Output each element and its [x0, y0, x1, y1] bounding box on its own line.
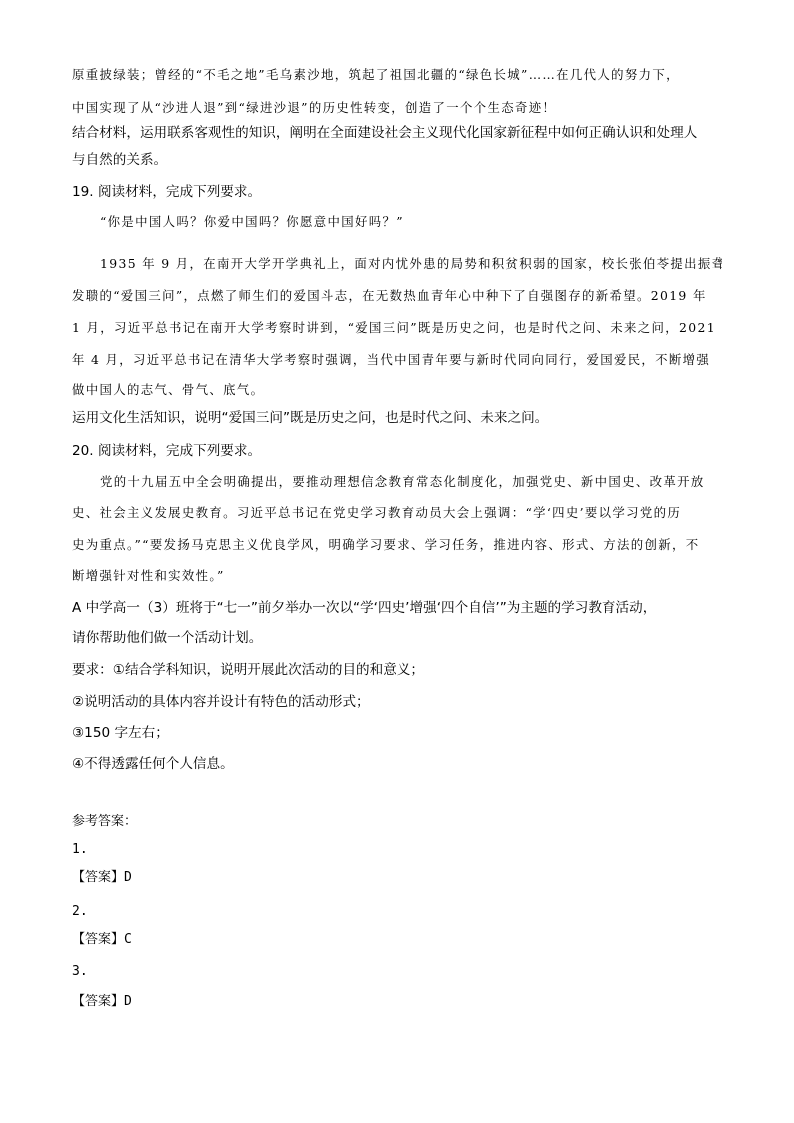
quote-text: “你是中国人吗？你爱中国吗？你愿意中国好吗？”: [100, 212, 750, 232]
answer-number: 1.: [72, 840, 722, 860]
requirement-item: ③150 字左右；: [72, 723, 722, 743]
question-text: 运用文化生活知识，说明“爱国三问”既是历史之问，也是时代之问、未来之问。: [72, 408, 722, 428]
material-line: 1 月，习近平总书记在南开大学考察时讲到，“爱国三问”既是历史之问，也是时代之问…: [72, 318, 722, 338]
requirement-item: ④不得透露任何个人信息。: [72, 754, 722, 774]
answer-number: 3.: [72, 962, 722, 982]
requirement-item: ②说明活动的具体内容并设计有特色的活动形式；: [72, 692, 722, 712]
material-line: 中国实现了从“沙进人退”到“绿进沙退”的历史性转变，创造了一个个生态奇迹！: [72, 98, 722, 118]
material-line: 做中国人的志气、骨气、底气。: [72, 380, 722, 400]
answer-value: 【答案】C: [72, 930, 722, 950]
question-19-title: 19. 阅读材料，完成下列要求。: [72, 182, 722, 202]
material-line: 党的十九届五中全会明确提出，要推动理想信念教育常态化制度化，加强党史、新中国史、…: [100, 472, 722, 492]
question-text: 结合材料，运用联系客观性的知识，阐明在全面建设社会主义现代化国家新征程中如何正确…: [72, 123, 722, 143]
material-line: 年 4 月，习近平总书记在清华大学考察时强调，当代中国青年要与新时代同向同行，爱…: [72, 350, 722, 370]
answer-value: 【答案】D: [72, 992, 722, 1012]
material-line: 断增强针对性和实效性。”: [72, 566, 722, 586]
question-text: A 中学高一（3）班将于“七一”前夕举办一次以“学‘四史’增强‘四个自信’”为主…: [72, 598, 722, 618]
material-line: 史、社会主义发展史教育。习近平总书记在党史学习教育动员大会上强调：“学‘四史’要…: [72, 503, 722, 523]
question-text: 请你帮助他们做一个活动计划。: [72, 628, 722, 648]
question-text: 与自然的关系。: [72, 150, 722, 170]
answer-number: 2.: [72, 902, 722, 922]
material-line: 发聩的“爱国三问”，点燃了师生们的爱国斗志，在无数热血青年心中种下了自强图存的新…: [72, 286, 722, 306]
requirement-item: 要求：①结合学科知识，说明开展此次活动的目的和意义；: [72, 660, 722, 680]
answer-value: 【答案】D: [72, 868, 722, 888]
material-line: 原重披绿装；曾经的“不毛之地”毛乌素沙地，筑起了祖国北疆的“绿色长城”……在几代…: [72, 65, 722, 85]
material-line: 史为重点。”“要发扬马克思主义优良学风，明确学习要求、学习任务，推进内容、形式、…: [72, 535, 722, 555]
question-20-title: 20. 阅读材料，完成下列要求。: [72, 441, 722, 461]
answers-heading: 参考答案：: [72, 812, 722, 832]
material-line: 1935 年 9 月，在南开大学开学典礼上，面对内忧外患的局势和积贫积弱的国家，…: [100, 254, 722, 274]
